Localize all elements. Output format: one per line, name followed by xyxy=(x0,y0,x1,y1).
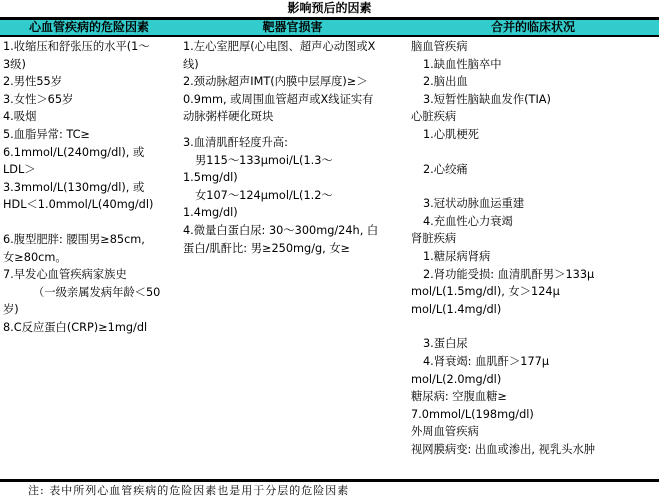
list-item: mol/L(1.5mg/dl), 女＞124μ xyxy=(411,283,657,301)
list-item: （一级亲属发病年龄＜50 xyxy=(3,284,178,302)
footnote: 注: 表中所列心血管疾病的危险因素也是用于分层的危险因素 xyxy=(28,484,349,498)
list-item: HDL＜1.0mmol/L(40mg/dl) xyxy=(3,196,178,214)
list-item: 0.9mm, 或周围血管超声或X线证实有 xyxy=(183,91,408,109)
list-item: 2.肾功能受损: 血清肌酐男＞133μ xyxy=(411,266,657,284)
list-item: 4.微量白蛋白尿: 30～300mg/24h, 白 xyxy=(183,222,408,240)
list-item: 4.充血性心力衰竭 xyxy=(411,213,657,231)
list-item: 1.糖尿病肾病 xyxy=(411,248,657,266)
list-item: 女≥80cm。 xyxy=(3,249,178,267)
list-item: 动脉粥样硬化斑块 xyxy=(183,108,408,126)
spacer xyxy=(3,214,178,231)
list-item: 1.5mg/dl) xyxy=(183,169,408,187)
list-item: 3.血清肌酐轻度升高: xyxy=(183,134,408,152)
list-item: 1.心肌梗死 xyxy=(411,126,657,144)
list-item: 心脏疾病 xyxy=(411,108,657,126)
list-item: 8.C反应蛋白(CRP)≥1mg/dl xyxy=(3,319,178,337)
list-item: 7.早发心血管疾病家族史 xyxy=(3,266,178,284)
table-header-row: 心血管疾病的危险因素 靶器官损害 合并的临床状况 xyxy=(0,20,659,37)
header-target-organ-damage: 靶器官损害 xyxy=(178,20,407,35)
list-item: 4.肾衰竭: 血肌酐＞177μ xyxy=(411,353,657,371)
list-item: 肾脏疾病 xyxy=(411,230,657,248)
list-item: 3.冠状动脉血运重建 xyxy=(411,195,657,213)
list-item: 6.腹型肥胖: 腰围男≥85cm, xyxy=(3,231,178,249)
list-item: 糖尿病: 空腹血糖≥ xyxy=(411,388,657,406)
list-item: 6.1mmol/L(240mg/dl), 或 xyxy=(3,144,178,162)
list-item: mol/L(2.0mg/dl) xyxy=(411,371,657,389)
spacer xyxy=(411,318,657,335)
list-item: 1.收缩压和舒张压的水平(1～ xyxy=(3,38,178,56)
clinical-conditions-column: 脑血管疾病 1.缺血性脑卒中 2.脑出血 3.短暂性脑缺血发作(TIA) 心脏疾… xyxy=(411,38,657,458)
list-item: LDL＞ xyxy=(3,161,178,179)
list-item: 女107～124μmol/L(1.2～ xyxy=(183,187,408,205)
list-item: 岁) xyxy=(3,301,178,319)
header-risk-factors: 心血管疾病的危险因素 xyxy=(0,20,178,35)
list-item: 3.3mmol/L(130mg/dl), 或 xyxy=(3,179,178,197)
spacer xyxy=(411,144,657,161)
list-item: 1.左心室肥厚(心电图、超声心动图或X xyxy=(183,38,408,56)
list-item: 线) xyxy=(183,56,408,74)
list-item: 2.颈动脉超声IMT(内膜中层厚度)≥＞ xyxy=(183,73,408,91)
list-item: 1.4mg/dl) xyxy=(183,204,408,222)
spacer xyxy=(411,178,657,195)
list-item: 1.缺血性脑卒中 xyxy=(411,56,657,74)
list-item: 7.0mmol/L(198mg/dl) xyxy=(411,406,657,424)
list-item: 3.蛋白尿 xyxy=(411,335,657,353)
list-item: 脑血管疾病 xyxy=(411,38,657,56)
list-item: 视网膜病变: 出血或渗出, 视乳头水肿 xyxy=(411,441,657,459)
risk-factors-column: 1.收缩压和舒张压的水平(1～ 3级) 2.男性55岁 3.女性＞65岁 4.吸… xyxy=(3,38,178,337)
list-item: 3级) xyxy=(3,56,178,74)
list-item: 男115～133μmoi/L(1.3～ xyxy=(183,152,408,170)
bottom-rule xyxy=(0,479,659,482)
list-item: 2.男性55岁 xyxy=(3,73,178,91)
list-item: 2.脑出血 xyxy=(411,73,657,91)
header-clinical-conditions: 合并的临床状况 xyxy=(407,20,659,35)
list-item: 2.心绞痛 xyxy=(411,161,657,179)
list-item: 3.女性＞65岁 xyxy=(3,91,178,109)
list-item: 5.血脂异常: TC≥ xyxy=(3,126,178,144)
list-item: 外周血管疾病 xyxy=(411,423,657,441)
list-item: 蛋白/肌酐比: 男≥250mg/g, 女≥ xyxy=(183,240,408,258)
table-title: 影响预后的因素 xyxy=(0,0,659,17)
spacer xyxy=(183,126,408,134)
list-item: 3.短暂性脑缺血发作(TIA) xyxy=(411,91,657,109)
list-item: mol/L(1.4mg/dl) xyxy=(411,301,657,319)
target-organ-damage-column: 1.左心室肥厚(心电图、超声心动图或X 线) 2.颈动脉超声IMT(内膜中层厚度… xyxy=(183,38,408,257)
list-item: 4.吸烟 xyxy=(3,108,178,126)
